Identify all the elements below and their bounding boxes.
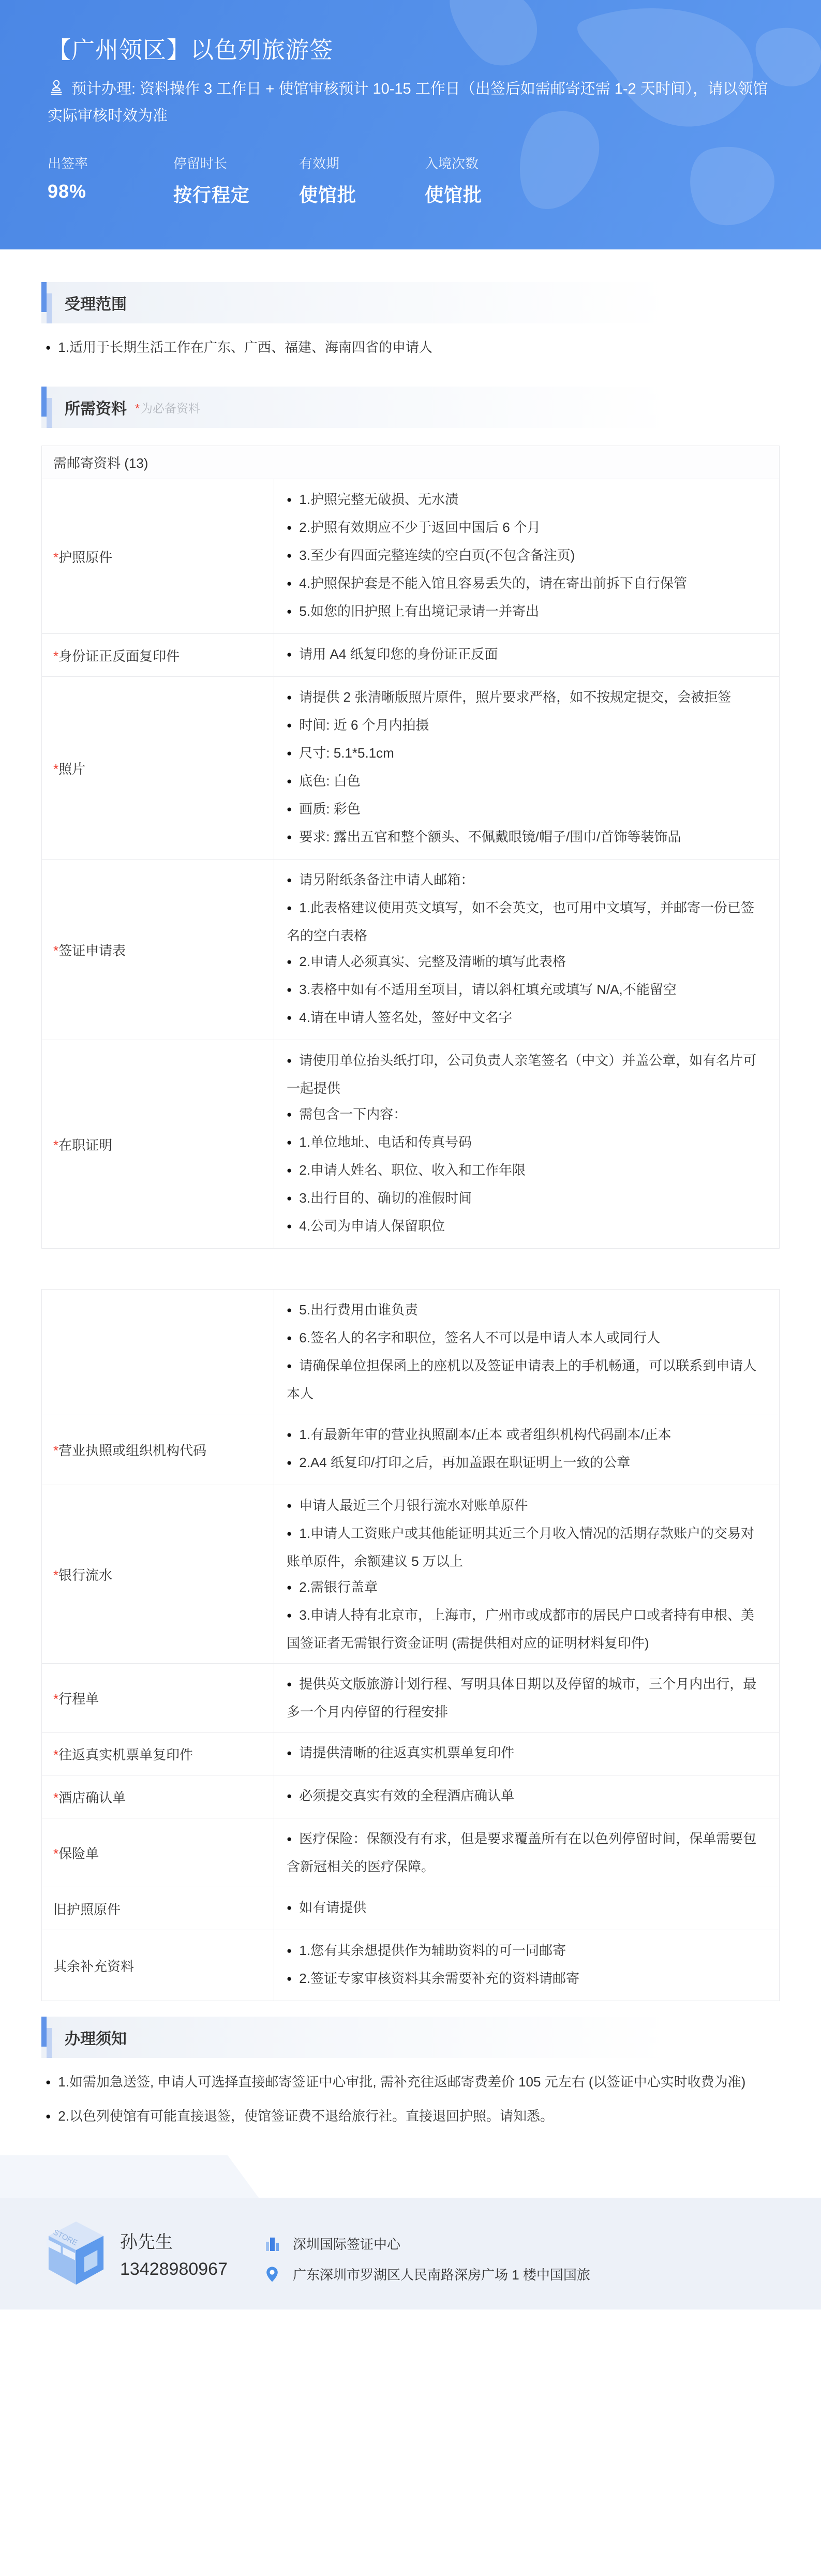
- material-label: 酒店确认单: [58, 1790, 126, 1805]
- scope-item: ●1.适用于长期生活工作在广东、广西、福建、海南四省的申请人: [46, 335, 780, 362]
- bullet-dot: ●: [287, 1529, 292, 1538]
- material-point: ●必须提交真实有效的全程酒店确认单: [287, 1783, 767, 1811]
- section-accent-bar-light: [47, 398, 52, 428]
- bullet-text: 2.以色列使馆有可能直接退签，使馆签证费不退给旅行社。直接退回护照。请知悉。: [58, 2108, 554, 2124]
- stat-stay-duration: 停留时长 按行程定: [173, 153, 299, 207]
- material-point-text: 请另附纸条备注申请人邮箱：: [299, 872, 474, 887]
- bullet-dot: ●: [287, 804, 292, 814]
- material-label: 保险单: [58, 1846, 99, 1861]
- material-label-cell: 其余补充资料: [42, 1930, 274, 2001]
- processing-time-note: 预计办理: 资料操作 3 工作日 + 使馆审核预计 10-15 工作日（出签后如…: [48, 77, 774, 128]
- material-point: ●2.需银行盖章: [287, 1574, 767, 1602]
- material-point-text: 1.申请人工资账户或其他能证明其近三个月收入情况的活期存款账户的交易对账单原件，…: [287, 1526, 754, 1569]
- material-label-cell: 旧护照原件: [42, 1887, 274, 1930]
- material-row: *往返真实机票单复印件●请提供清晰的往返真实机票单复印件: [42, 1733, 780, 1775]
- material-point: ●4.护照保护套是不能入馆且容易丢失的，请在寄出前拆下自行保管: [287, 570, 767, 598]
- material-point: ●需包含一下内容：: [287, 1101, 767, 1129]
- material-label: 其余补充资料: [53, 1959, 134, 1974]
- stat-label: 入境次数: [425, 153, 550, 172]
- material-point-text: 4.护照保护套是不能入馆且容易丢失的，请在寄出前拆下自行保管: [299, 575, 687, 591]
- material-point-text: 3.出行目的、确切的准假时间: [299, 1190, 472, 1206]
- material-content-cell: ●请提供 2 张清晰版照片原件，照片要求严格，如不按规定提交，会被拒签●时间: …: [274, 677, 780, 860]
- material-point: ●1.您有其余想提供作为辅助资料的可一同邮寄: [287, 1937, 767, 1965]
- material-content-cell: ●5.出行费用由谁负责●6.签名人的名字和职位，签名人不可以是申请人本人或同行人…: [274, 1290, 780, 1414]
- material-point: ●请另附纸条备注申请人邮箱：: [287, 867, 767, 895]
- required-asterisk: *: [53, 1137, 58, 1153]
- material-label: 银行流水: [58, 1567, 112, 1583]
- material-label: 营业执照或组织机构代码: [58, 1443, 206, 1458]
- material-row: *银行流水●申请人最近三个月银行流水对账单原件●1.申请人工资账户或其他能证明其…: [42, 1485, 780, 1664]
- table-header-row: 需邮寄资料 (13): [42, 446, 780, 479]
- material-row: *在职证明●请使用单位抬头纸打印，公司负责人亲笔签名（中文）并盖公章，如有名片可…: [42, 1040, 780, 1249]
- material-label-cell: *签证申请表: [42, 860, 274, 1040]
- notice-item: ●2.以色列使馆有可能直接退签，使馆签证费不退给旅行社。直接退回护照。请知悉。: [46, 2104, 780, 2130]
- footer-contact-card: STORE 孙先生 13428980967 深圳国际签证中心 广东深圳市罗湖区人: [0, 2198, 821, 2309]
- bullet-dot: ●: [287, 1305, 292, 1315]
- material-row: ●5.出行费用由谁负责●6.签名人的名字和职位，签名人不可以是申请人本人或同行人…: [42, 1290, 780, 1414]
- bullet-dot: ●: [287, 1610, 292, 1620]
- bullet-dot: ●: [287, 1974, 292, 1983]
- page-content: 受理范围 ●1.适用于长期生活工作在广东、广西、福建、海南四省的申请人 所需资料…: [0, 282, 821, 2130]
- material-point: ●请提供 2 张清晰版照片原件，照片要求严格，如不按规定提交，会被拒签: [287, 684, 767, 712]
- material-label: 身份证正反面复印件: [58, 648, 180, 664]
- material-point: ●1.有最新年审的营业执照副本/正本 或者组织机构代码副本/正本: [287, 1422, 767, 1449]
- bullet-dot: ●: [287, 1903, 292, 1913]
- contact-block: 孙先生 13428980967: [120, 2228, 234, 2279]
- contact-phone: 13428980967: [120, 2259, 234, 2279]
- material-label-cell: *护照原件: [42, 479, 274, 634]
- material-point-text: 2.签证专家审核资料其余需要补充的资料请邮寄: [299, 1971, 579, 1986]
- material-row: 其余补充资料●1.您有其余想提供作为辅助资料的可一同邮寄●2.签证专家审核资料其…: [42, 1930, 780, 2001]
- required-asterisk: *: [135, 402, 140, 415]
- bullet-dot: ●: [287, 523, 292, 532]
- material-point-text: 底色: 白色: [299, 773, 360, 789]
- material-point-text: 5.如您的旧护照上有出境记录请一并寄出: [299, 603, 539, 619]
- material-point: ●2.申请人必须真实、完整及清晰的填写此表格: [287, 949, 767, 976]
- materials-table-mail: 需邮寄资料 (13)*护照原件●1.护照完整无破损、无水渍●2.护照有效期应不少…: [41, 446, 780, 1249]
- material-point: ●请确保单位担保函上的座机以及签证申请表上的手机畅通，可以联系到申请人本人: [287, 1353, 767, 1407]
- material-content-cell: ●1.护照完整无破损、无水渍●2.护照有效期应不少于返回中国后 6 个月●3.至…: [274, 479, 780, 634]
- material-point-text: 1.有最新年审的营业执照副本/正本 或者组织机构代码副本/正本: [299, 1427, 671, 1442]
- material-point-text: 3.表格中如有不适用至项目，请以斜杠填充或填写 N/A,不能留空: [299, 982, 676, 997]
- required-asterisk: *: [53, 1846, 58, 1861]
- bullet-dot: ●: [287, 649, 292, 659]
- material-point-text: 请用 A4 纸复印您的身份证正反面: [299, 646, 498, 662]
- material-point: ●2.签证专家审核资料其余需要补充的资料请邮寄: [287, 1965, 767, 1993]
- bullet-dot: ●: [287, 1458, 292, 1468]
- material-label: 在职证明: [58, 1137, 112, 1153]
- section-accent-bar: [41, 387, 47, 417]
- material-point-text: 申请人最近三个月银行流水对账单原件: [299, 1498, 528, 1513]
- bullet-dot: ●: [287, 903, 292, 913]
- material-point-text: 1.您有其余想提供作为辅助资料的可一同邮寄: [299, 1943, 566, 1958]
- bullet-dot: ●: [287, 1361, 292, 1371]
- material-point-text: 4.公司为申请人保留职位: [299, 1218, 445, 1234]
- material-point-text: 4.请在申请人签名处，签好中文名字: [299, 1010, 512, 1025]
- required-asterisk: *: [53, 648, 58, 664]
- bottom-whitespace: [0, 2309, 821, 2576]
- required-asterisk: *: [53, 550, 58, 565]
- stat-value: 使馆批: [299, 181, 425, 207]
- bullet-dot: ●: [287, 1013, 292, 1023]
- material-row: *酒店确认单●必须提交真实有效的全程酒店确认单: [42, 1775, 780, 1818]
- bullet-dot: ●: [287, 1193, 292, 1203]
- material-content-cell: ●请提供清晰的往返真实机票单复印件: [274, 1733, 780, 1775]
- material-point: ●4.公司为申请人保留职位: [287, 1213, 767, 1241]
- material-point: ●要求: 露出五官和整个额头、不佩戴眼镜/帽子/围巾/首饰等装饰品: [287, 824, 767, 852]
- org-name-row: 深圳国际签证中心: [265, 2234, 590, 2253]
- bullet-dot: ●: [287, 1056, 292, 1065]
- material-point: ●医疗保险：保额没有有求，但是要求覆盖所有在以色列停留时间，保单需要包含新冠相关…: [287, 1826, 767, 1879]
- section-accent-bar: [41, 2017, 47, 2047]
- material-point-text: 提供英文版旅游计划行程、写明具体日期以及停留的城市，三个月内出行，最多一个月内停…: [287, 1676, 756, 1720]
- bullet-dot: ●: [287, 1430, 292, 1440]
- section-header-scope: 受理范围: [41, 282, 780, 323]
- material-point: ●提供英文版旅游计划行程、写明具体日期以及停留的城市，三个月内出行，最多一个月内…: [287, 1671, 767, 1725]
- bullet-dot: ●: [46, 2111, 51, 2121]
- material-point-text: 2.护照有效期应不少于返回中国后 6 个月: [299, 520, 541, 535]
- bullet-dot: ●: [287, 1834, 292, 1844]
- bullet-dot: ●: [287, 957, 292, 967]
- bullet-dot: ●: [287, 579, 292, 588]
- material-point: ●3.出行目的、确切的准假时间: [287, 1185, 767, 1213]
- store-box-icon: STORE: [46, 2220, 107, 2287]
- material-content-cell: ●1.您有其余想提供作为辅助资料的可一同邮寄●2.签证专家审核资料其余需要补充的…: [274, 1930, 780, 2001]
- bullet-dot: ●: [287, 1582, 292, 1592]
- bullet-dot: ●: [287, 1109, 292, 1119]
- contact-name: 孙先生: [120, 2228, 234, 2253]
- bullet-dot: ●: [287, 1679, 292, 1689]
- material-point-text: 1.单位地址、电话和传真号码: [299, 1134, 472, 1150]
- material-point: ●1.护照完整无破损、无水渍: [287, 486, 767, 514]
- material-point-text: 请确保单位担保函上的座机以及签证申请表上的手机畅通，可以联系到申请人本人: [287, 1358, 756, 1401]
- material-content-cell: ●请使用单位抬头纸打印，公司负责人亲笔签名（中文）并盖公章，如有名片可一起提供●…: [274, 1040, 780, 1249]
- material-point: ●1.申请人工资账户或其他能证明其近三个月收入情况的活期存款账户的交易对账单原件…: [287, 1520, 767, 1574]
- required-note-text: 为必备资料: [141, 402, 200, 415]
- bullet-dot: ●: [287, 606, 292, 616]
- bullet-dot: ●: [287, 1946, 292, 1956]
- stat-issue-rate: 出签率 98%: [48, 153, 173, 207]
- material-point: ●3.表格中如有不适用至项目，请以斜杠填充或填写 N/A,不能留空: [287, 976, 767, 1004]
- material-point-text: 1.此表格建议使用英文填写，如不会英文，也可用中文填写，并邮寄一份已签名的空白表…: [287, 900, 754, 943]
- bullet-dot: ●: [287, 832, 292, 842]
- material-label: 旧护照原件: [53, 1902, 121, 1917]
- section-materials: 所需资料 *为必备资料 需邮寄资料 (13)*护照原件●1.护照完整无破损、无水…: [41, 387, 780, 2001]
- material-point: ●5.出行费用由谁负责: [287, 1297, 767, 1325]
- material-label-cell: *保险单: [42, 1818, 274, 1887]
- required-asterisk: *: [53, 1747, 58, 1763]
- material-point-text: 如有请提供: [299, 1900, 366, 1915]
- material-point: ●申请人最近三个月银行流水对账单原件: [287, 1492, 767, 1520]
- material-label: 行程单: [58, 1691, 99, 1707]
- section-accent-bar-light: [47, 293, 52, 323]
- bullet-dot: ●: [46, 343, 51, 352]
- bullet-dot: ●: [287, 1501, 292, 1511]
- material-point: ●请使用单位抬头纸打印，公司负责人亲笔签名（中文）并盖公章，如有名片可一起提供: [287, 1047, 767, 1101]
- bullet-dot: ●: [46, 2077, 51, 2087]
- bullet-dot: ●: [287, 875, 292, 885]
- material-point: ●画质: 彩色: [287, 796, 767, 824]
- material-point: ●时间: 近 6 个月内拍摄: [287, 712, 767, 740]
- section-header-materials: 所需资料 *为必备资料: [41, 387, 780, 428]
- stat-validity: 有效期 使馆批: [299, 153, 425, 207]
- material-point-text: 尺寸: 5.1*5.1cm: [299, 745, 394, 761]
- material-point-text: 5.出行费用由谁负责: [299, 1302, 418, 1317]
- section-title-materials: 所需资料: [65, 396, 127, 419]
- stat-value: 按行程定: [173, 181, 299, 207]
- material-point: ●底色: 白色: [287, 768, 767, 796]
- required-asterisk: *: [53, 1790, 58, 1805]
- material-row: 旧护照原件●如有请提供: [42, 1887, 780, 1930]
- stat-entries: 入境次数 使馆批: [425, 153, 550, 207]
- bullet-dot: ●: [287, 985, 292, 995]
- material-point-text: 时间: 近 6 个月内拍摄: [299, 717, 429, 733]
- material-point-text: 3.至少有四面完整连续的空白页(不包含备注页): [299, 547, 575, 563]
- bullet-dot: ●: [287, 1791, 292, 1801]
- material-content-cell: ●请另附纸条备注申请人邮箱：●1.此表格建议使用英文填写，如不会英文，也可用中文…: [274, 860, 780, 1040]
- bullet-dot: ●: [287, 1165, 292, 1175]
- required-asterisk: *: [53, 1567, 58, 1583]
- material-row: *护照原件●1.护照完整无破损、无水渍●2.护照有效期应不少于返回中国后 6 个…: [42, 479, 780, 634]
- material-content-cell: ●如有请提供: [274, 1887, 780, 1930]
- material-point-text: 医疗保险：保额没有有求，但是要求覆盖所有在以色列停留时间，保单需要包含新冠相关的…: [287, 1831, 756, 1874]
- visa-stats: 出签率 98% 停留时长 按行程定 有效期 使馆批 入境次数 使馆批: [48, 153, 774, 207]
- material-point: ●3.申请人持有北京市，上海市，广州市或成都市的居民户口或者持有申根、美国签证者…: [287, 1602, 767, 1656]
- bullet-dot: ●: [287, 1221, 292, 1231]
- required-asterisk: *: [53, 943, 58, 958]
- material-point: ●2.A4 纸复印/打印之后，再加盖跟在职证明上一致的公章: [287, 1449, 767, 1477]
- material-point: ●2.申请人姓名、职位、收入和工作年限: [287, 1157, 767, 1185]
- material-row: *营业执照或组织机构代码●1.有最新年审的营业执照副本/正本 或者组织机构代码副…: [42, 1414, 780, 1485]
- material-row: *身份证正反面复印件●请用 A4 纸复印您的身份证正反面: [42, 634, 780, 677]
- section-title-scope: 受理范围: [65, 291, 127, 314]
- material-point-text: 2.需银行盖章: [299, 1579, 378, 1595]
- material-point: ●6.签名人的名字和职位，签名人不可以是申请人本人或同行人: [287, 1325, 767, 1353]
- material-row: *保险单●医疗保险：保额没有有求，但是要求覆盖所有在以色列停留时间，保单需要包含…: [42, 1818, 780, 1887]
- processing-time-text: 预计办理: 资料操作 3 工作日 + 使馆审核预计 10-15 工作日（出签后如…: [48, 81, 768, 124]
- material-label-cell: *酒店确认单: [42, 1775, 274, 1818]
- stamp-icon: [48, 79, 65, 104]
- material-point: ●4.请在申请人签名处，签好中文名字: [287, 1004, 767, 1032]
- bullet-text: 1.如需加急送签, 申请人可选择直接邮寄签证中心审批, 需补充往返邮寄费差价 1…: [58, 2074, 745, 2090]
- notice-item: ●1.如需加急送签, 申请人可选择直接邮寄签证中心审批, 需补充往返邮寄费差价 …: [46, 2069, 780, 2096]
- section-header-notice: 办理须知: [41, 2017, 780, 2058]
- required-asterisk: *: [53, 761, 58, 777]
- material-point-text: 6.签名人的名字和职位，签名人不可以是申请人本人或同行人: [299, 1330, 660, 1345]
- stat-label: 有效期: [299, 153, 425, 172]
- material-point-text: 请提供 2 张清晰版照片原件，照片要求严格，如不按规定提交，会被拒签: [299, 689, 731, 705]
- material-point-text: 2.申请人必须真实、完整及清晰的填写此表格: [299, 954, 566, 969]
- material-label: 护照原件: [58, 550, 112, 565]
- center-name: 深圳国际签证中心: [293, 2234, 400, 2253]
- bullet-dot: ●: [287, 1333, 292, 1343]
- material-point-text: 必须提交真实有效的全程酒店确认单: [299, 1788, 514, 1803]
- material-point: ●5.如您的旧护照上有出境记录请一并寄出: [287, 598, 767, 626]
- material-label-cell: *银行流水: [42, 1485, 274, 1664]
- bullet-dot: ●: [287, 776, 292, 786]
- center-address: 广东深圳市罗湖区人民南路深房广场 1 楼中国国旅: [293, 2264, 590, 2284]
- material-point-text: 1.护照完整无破损、无水渍: [299, 492, 458, 507]
- material-point: ●尺寸: 5.1*5.1cm: [287, 740, 767, 768]
- material-point: ●1.单位地址、电话和传真号码: [287, 1129, 767, 1157]
- section-title-notice: 办理须知: [65, 2026, 127, 2049]
- scope-list: ●1.适用于长期生活工作在广东、广西、福建、海南四省的申请人: [46, 335, 780, 362]
- material-point: ●3.至少有四面完整连续的空白页(不包含备注页): [287, 542, 767, 570]
- section-scope: 受理范围 ●1.适用于长期生活工作在广东、广西、福建、海南四省的申请人: [41, 282, 780, 362]
- bullet-dot: ●: [287, 1137, 292, 1147]
- hero-banner: 【广州领区】以色列旅游签 预计办理: 资料操作 3 工作日 + 使馆审核预计 1…: [0, 0, 821, 249]
- stat-label: 出签率: [48, 153, 173, 172]
- material-label-cell: *身份证正反面复印件: [42, 634, 274, 677]
- material-label: 往返真实机票单复印件: [58, 1747, 193, 1763]
- material-content-cell: ●请用 A4 纸复印您的身份证正反面: [274, 634, 780, 677]
- org-address-row: 广东深圳市罗湖区人民南路深房广场 1 楼中国国旅: [265, 2264, 590, 2284]
- bullet-dot: ●: [287, 1748, 292, 1758]
- building-icon: [265, 2236, 279, 2252]
- material-content-cell: ●必须提交真实有效的全程酒店确认单: [274, 1775, 780, 1818]
- material-row: *照片●请提供 2 张清晰版照片原件，照片要求严格，如不按规定提交，会被拒签●时…: [42, 677, 780, 860]
- material-label-cell: *往返真实机票单复印件: [42, 1733, 274, 1775]
- stat-value: 98%: [48, 181, 173, 202]
- bullet-dot: ●: [287, 748, 292, 758]
- material-point: ●1.此表格建议使用英文填写，如不会英文，也可用中文填写，并邮寄一份已签名的空白…: [287, 895, 767, 949]
- footer-diagonal-decor: [0, 2155, 259, 2198]
- footer-inner: STORE 孙先生 13428980967 深圳国际签证中心 广东深圳市罗湖区人: [0, 2198, 821, 2309]
- material-row: *签证申请表●请另附纸条备注申请人邮箱：●1.此表格建议使用英文填写，如不会英文…: [42, 860, 780, 1040]
- material-content-cell: ●医疗保险：保额没有有求，但是要求覆盖所有在以色列停留时间，保单需要包含新冠相关…: [274, 1818, 780, 1887]
- bullet-dot: ●: [287, 551, 292, 560]
- material-row: *行程单●提供英文版旅游计划行程、写明具体日期以及停留的城市，三个月内出行，最多…: [42, 1664, 780, 1733]
- material-point-text: 画质: 彩色: [299, 801, 360, 817]
- material-point-text: 需包含一下内容：: [299, 1106, 407, 1122]
- material-label-cell: [42, 1290, 274, 1414]
- section-accent-bar-light: [47, 2028, 52, 2058]
- materials-table-mail-continued: ●5.出行费用由谁负责●6.签名人的名字和职位，签名人不可以是申请人本人或同行人…: [41, 1289, 780, 2001]
- notice-list: ●1.如需加急送签, 申请人可选择直接邮寄签证中心审批, 需补充往返邮寄费差价 …: [46, 2069, 780, 2130]
- required-asterisk: *: [53, 1443, 58, 1458]
- org-block: 深圳国际签证中心 广东深圳市罗湖区人民南路深房广场 1 楼中国国旅: [265, 2234, 590, 2295]
- material-point-text: 请使用单位抬头纸打印，公司负责人亲笔签名（中文）并盖公章，如有名片可一起提供: [287, 1053, 756, 1096]
- material-point: ●2.护照有效期应不少于返回中国后 6 个月: [287, 514, 767, 542]
- material-point: ●请提供清晰的往返真实机票单复印件: [287, 1740, 767, 1768]
- material-point-text: 2.A4 纸复印/打印之后，再加盖跟在职证明上一致的公章: [299, 1455, 630, 1470]
- material-label: 签证申请表: [58, 943, 126, 958]
- material-point-text: 要求: 露出五官和整个额头、不佩戴眼镜/帽子/围巾/首饰等装饰品: [299, 829, 681, 845]
- material-point-text: 3.申请人持有北京市，上海市，广州市或成都市的居民户口或者持有申根、美国签证者无…: [287, 1607, 754, 1651]
- material-point: ●请用 A4 纸复印您的身份证正反面: [287, 641, 767, 669]
- material-label-cell: *在职证明: [42, 1040, 274, 1249]
- material-content-cell: ●申请人最近三个月银行流水对账单原件●1.申请人工资账户或其他能证明其近三个月收…: [274, 1485, 780, 1664]
- location-pin-icon: [265, 2266, 279, 2283]
- material-label-cell: *行程单: [42, 1664, 274, 1733]
- material-content-cell: ●提供英文版旅游计划行程、写明具体日期以及停留的城市，三个月内出行，最多一个月内…: [274, 1664, 780, 1733]
- material-label-cell: *营业执照或组织机构代码: [42, 1414, 274, 1485]
- table-header-cell: 需邮寄资料 (13): [42, 446, 780, 479]
- material-point-text: 请提供清晰的往返真实机票单复印件: [299, 1745, 514, 1760]
- stat-value: 使馆批: [425, 181, 550, 207]
- required-asterisk: *: [53, 1691, 58, 1707]
- bullet-dot: ●: [287, 495, 292, 505]
- material-point: ●如有请提供: [287, 1894, 767, 1922]
- material-content-cell: ●1.有最新年审的营业执照副本/正本 或者组织机构代码副本/正本●2.A4 纸复…: [274, 1414, 780, 1485]
- bullet-dot: ●: [287, 720, 292, 730]
- material-point-text: 2.申请人姓名、职位、收入和工作年限: [299, 1162, 526, 1178]
- material-label-cell: *照片: [42, 677, 274, 860]
- stat-label: 停留时长: [173, 153, 299, 172]
- section-accent-bar: [41, 282, 47, 312]
- required-note: *为必备资料: [135, 399, 200, 416]
- page-title: 【广州领区】以色列旅游签: [48, 31, 774, 65]
- material-label: 照片: [58, 761, 85, 777]
- section-notice: 办理须知 ●1.如需加急送签, 申请人可选择直接邮寄签证中心审批, 需补充往返邮…: [41, 2017, 780, 2130]
- bullet-dot: ●: [287, 692, 292, 702]
- bullet-text: 1.适用于长期生活工作在广东、广西、福建、海南四省的申请人: [58, 339, 432, 355]
